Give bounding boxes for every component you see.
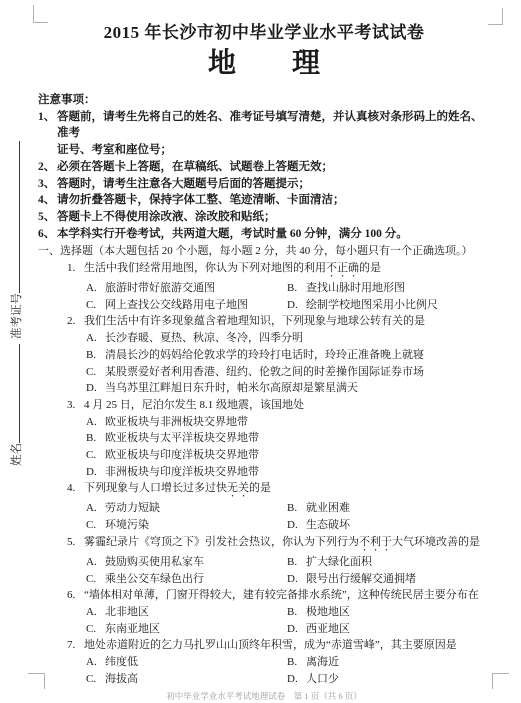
question-stem: 雾霾纪录片《穹顶之下》引发社会热议，你认为下列行为 (84, 536, 359, 548)
option-c: C.欧亚板块与印度洋板块交界地带 (86, 447, 259, 464)
option-d: D.人口少 (287, 671, 339, 688)
option-label: B. (86, 430, 105, 447)
question-number: 2. (67, 313, 84, 330)
option-label: C. (86, 364, 105, 381)
option-text: 欧亚板块与太平洋板块交界地带 (105, 432, 259, 444)
option-text: 北非地区 (105, 606, 149, 618)
option-d: D.西亚地区 (287, 621, 350, 638)
option-text: 极地地区 (306, 606, 350, 618)
option-text: 离海近 (306, 656, 339, 668)
option-c: C.某股票爱好者利用香港、纽约、伦敦之间的时差操作国际证券市场 (86, 364, 424, 381)
option-label: B. (287, 554, 306, 571)
question-number: 6. (67, 587, 84, 604)
option-label: C. (86, 297, 105, 314)
option-a: A.长沙春暖、夏热、秋凉、冬冷，四季分明 (86, 330, 303, 347)
notice-item-number: 3、 (38, 176, 57, 193)
question-stem: 下列现象与人口增长过多过快 (84, 482, 227, 494)
option-label: C. (86, 447, 105, 464)
option-label: B. (287, 654, 306, 671)
option-b: B.极地地区 (287, 604, 350, 621)
name-fill-line (7, 344, 20, 443)
option-label: D. (287, 621, 306, 638)
option-text: 欧亚板块与印度洋板块交界地带 (105, 449, 259, 461)
notice-item-text: 证号、考室和座位号； (57, 142, 490, 159)
option-text: 某股票爱好者利用香港、纽约、伦敦之间的时差操作国际证券市场 (105, 366, 424, 378)
exam-number-label: 准考证号 (11, 293, 23, 339)
option-label: A. (86, 414, 105, 431)
question-3: 3.4 月 25 日，尼泊尔发生 8.1 级地震，该国地处 A.欧亚板块与非洲板… (38, 397, 490, 481)
option-label: A. (86, 554, 105, 571)
notice-item-number: 5、 (38, 209, 57, 226)
option-label: C. (86, 571, 105, 588)
question-number: 7. (67, 637, 84, 654)
question-stem-emphasis: 无关 (227, 482, 249, 494)
section-heading: 一、选择题（本大题包括 20 个小题，每小题 2 分，共 40 分，每小题只有一… (38, 243, 490, 260)
option-label: A. (86, 280, 105, 297)
option-c: C.环境污染 (86, 517, 287, 534)
option-a: A.鼓励购买使用私家车 (86, 554, 287, 571)
option-text: 网上查找公交线路用电子地图 (105, 299, 248, 311)
notice-heading: 注意事项： (38, 92, 490, 109)
question-stem: 我们生活中有许多现象蕴含着地理知识，下列现象与地球公转有关的是 (84, 315, 425, 327)
option-a: A.旅游时带好旅游交通图 (86, 280, 287, 297)
question-stem-tail: 的是 (249, 482, 271, 494)
option-label: A. (86, 604, 105, 621)
question-7: 7.地处赤道附近的乞力马扎罗山山顶终年积雪，成为“赤道雪峰”，其主要原因是 A.… (38, 637, 490, 687)
notice-item-1: 1、答题前，请考生先将自己的姓名、准考证号填写清楚，并认真核对条形码上的姓名、准… (38, 109, 490, 159)
option-label: D. (287, 571, 306, 588)
option-text: 限号出行缓解交通拥堵 (306, 573, 416, 585)
question-stem-emphasis: 不正确 (326, 262, 359, 274)
option-label: B. (287, 604, 306, 621)
option-label: B. (287, 280, 306, 297)
option-label: D. (86, 380, 105, 397)
option-label: D. (287, 517, 306, 534)
notice-item-text: 本学科实行开卷考试，共两道大题，考试时量 60 分钟，满分 100 分。 (57, 228, 408, 240)
exam-subject-title: 地 理 (38, 45, 490, 82)
question-5: 5.雾霾纪录片《穹顶之下》引发社会热议，你认为下列行为不利于大气环境改善的是 A… (38, 534, 490, 587)
exam-page: 2015 年长沙市初中毕业学业水平考试试卷 地 理 注意事项： 1、答题前，请考… (0, 0, 521, 702)
option-text: 人口少 (306, 673, 339, 685)
option-c: C.乘坐公交车绿色出行 (86, 571, 287, 588)
question-6: 6.“墙体相对单薄，门窗开得较大，建有较完备排水系统”，这种传统民居主要分布在 … (38, 587, 490, 637)
notice-item-number: 4、 (38, 192, 57, 209)
option-text: 当乌苏里江畔旭日东升时，帕米尔高原却是繁星满天 (105, 382, 358, 394)
option-label: B. (86, 347, 105, 364)
option-d: D.非洲板块与印度洋板块交界地带 (86, 464, 259, 481)
option-text: 长沙春暖、夏热、秋凉、冬冷，四季分明 (105, 332, 303, 344)
option-text: 欧亚板块与非洲板块交界地带 (105, 416, 248, 428)
exam-title: 2015 年长沙市初中毕业学业水平考试试卷 (38, 20, 490, 45)
option-b: B.清晨长沙的妈妈给伦敦求学的玲玲打电话时，玲玲正准备晚上就寝 (86, 347, 424, 364)
notice-item-number: 6、 (38, 226, 57, 243)
question-stem: “墙体相对单薄，门窗开得较大，建有较完备排水系统”，这种传统民居主要分布在 (84, 589, 479, 601)
question-stem: 4 月 25 日，尼泊尔发生 8.1 级地震，该国地处 (84, 399, 304, 411)
option-label: C. (86, 671, 105, 688)
option-d: D.限号出行缓解交通拥堵 (287, 571, 416, 588)
option-label: A. (86, 500, 105, 517)
notice-item-6: 6、本学科实行开卷考试，共两道大题，考试时量 60 分钟，满分 100 分。 (38, 226, 490, 243)
notice-item-text: 答题时，请考生注意各大题题号后面的答题提示； (57, 178, 310, 190)
question-1: 1.生活中我们经常用地图，你认为下列对地图的利用不正确的是 A.旅游时带好旅游交… (38, 260, 490, 313)
question-stem-tail: 的是 (359, 262, 381, 274)
crop-mark-bottom-right (492, 673, 509, 689)
option-d: D.当乌苏里江畔旭日东升时，帕米尔高原却是繁星满天 (86, 380, 358, 397)
option-label: C. (86, 517, 105, 534)
notice-item-5: 5、答题卡上不得使用涂改液、涂改胶和贴纸； (38, 209, 490, 226)
option-text: 东南亚地区 (105, 623, 160, 635)
option-label: D. (287, 297, 306, 314)
option-a: A.北非地区 (86, 604, 287, 621)
option-text: 纬度低 (105, 656, 138, 668)
question-number: 5. (67, 534, 84, 551)
notice-item-2: 2、必须在答题卡上答题，在草稿纸、试题卷上答题无效； (38, 159, 490, 176)
option-text: 非洲板块与印度洋板块交界地带 (105, 466, 259, 478)
option-b: B.就业困难 (287, 500, 350, 517)
question-stem: 地处赤道附近的乞力马扎罗山山顶终年积雪，成为“赤道雪峰”，其主要原因是 (84, 639, 457, 651)
name-label: 姓名 (11, 443, 23, 466)
option-c: C.海拔高 (86, 671, 287, 688)
option-text: 查找山脉时用地形图 (306, 282, 405, 294)
question-number: 4. (67, 480, 84, 497)
crop-mark-top-right (488, 8, 503, 25)
option-b: B.离海近 (287, 654, 339, 671)
notice-item-text: 答题前，请考生先将自己的姓名、准考证号填写清楚，并认真核对条形码上的姓名、准考 (57, 111, 483, 140)
option-text: 鼓励购买使用私家车 (105, 556, 204, 568)
question-2: 2.我们生活中有许多现象蕴含着地理知识，下列现象与地球公转有关的是 A.长沙春暖… (38, 313, 490, 397)
option-text: 旅游时带好旅游交通图 (105, 282, 215, 294)
notice-item-number: 1、 (38, 109, 57, 126)
option-text: 西亚地区 (306, 623, 350, 635)
question-stem-emphasis: 不利于 (359, 536, 392, 548)
option-text: 扩大绿化面积 (306, 556, 372, 568)
exam-number-fill-line (7, 141, 20, 293)
option-text: 生态破坏 (306, 519, 350, 531)
option-text: 海拔高 (105, 673, 138, 685)
page-footer: 初中毕业学业水平考试地理试卷 第 1 页（共 6 页） (38, 690, 490, 702)
option-b: B.查找山脉时用地形图 (287, 280, 405, 297)
option-d: D.绘制学校地图采用小比例尺 (287, 297, 438, 314)
option-label: C. (86, 621, 105, 638)
option-text: 劳动力短缺 (105, 502, 160, 514)
option-label: B. (287, 500, 306, 517)
crop-mark-top-left (33, 5, 48, 23)
option-a: A.劳动力短缺 (86, 500, 287, 517)
option-a: A.纬度低 (86, 654, 287, 671)
question-4: 4.下列现象与人口增长过多过快无关的是 A.劳动力短缺 B.就业困难 C.环境污… (38, 480, 490, 533)
option-b: B.欧亚板块与太平洋板块交界地带 (86, 430, 259, 447)
left-margin-fill-in: 姓名准考证号 (7, 128, 24, 466)
option-text: 乘坐公交车绿色出行 (105, 573, 204, 585)
notice-item-4: 4、请勿折叠答题卡，保持字体工整、笔迹清晰、卡面清洁； (38, 192, 490, 209)
option-b: B.扩大绿化面积 (287, 554, 372, 571)
crop-mark-bottom-left (28, 673, 45, 689)
question-stem-tail: 大气环境改善的是 (392, 536, 480, 548)
option-text: 就业困难 (306, 502, 350, 514)
option-label: A. (86, 654, 105, 671)
option-label: A. (86, 330, 105, 347)
option-c: C.东南亚地区 (86, 621, 287, 638)
question-number: 3. (67, 397, 84, 414)
question-number: 1. (67, 260, 84, 277)
option-label: D. (287, 671, 306, 688)
option-label: D. (86, 464, 105, 481)
notice-item-text: 请勿折叠答题卡，保持字体工整、笔迹清晰、卡面清洁； (57, 194, 345, 206)
option-text: 绘制学校地图采用小比例尺 (306, 299, 438, 311)
option-a: A.欧亚板块与非洲板块交界地带 (86, 414, 248, 431)
notice-item-text: 必须在答题卡上答题，在草稿纸、试题卷上答题无效； (57, 161, 333, 173)
notice-item-3: 3、答题时，请考生注意各大题题号后面的答题提示； (38, 176, 490, 193)
option-c: C.网上查找公交线路用电子地图 (86, 297, 287, 314)
option-text: 清晨长沙的妈妈给伦敦求学的玲玲打电话时，玲玲正准备晚上就寝 (105, 349, 424, 361)
option-d: D.生态破坏 (287, 517, 350, 534)
notice-item-number: 2、 (38, 159, 57, 176)
notice-item-text: 答题卡上不得使用涂改液、涂改胶和贴纸； (57, 211, 276, 223)
option-text: 环境污染 (105, 519, 149, 531)
question-stem: 生活中我们经常用地图，你认为下列对地图的利用 (84, 262, 326, 274)
